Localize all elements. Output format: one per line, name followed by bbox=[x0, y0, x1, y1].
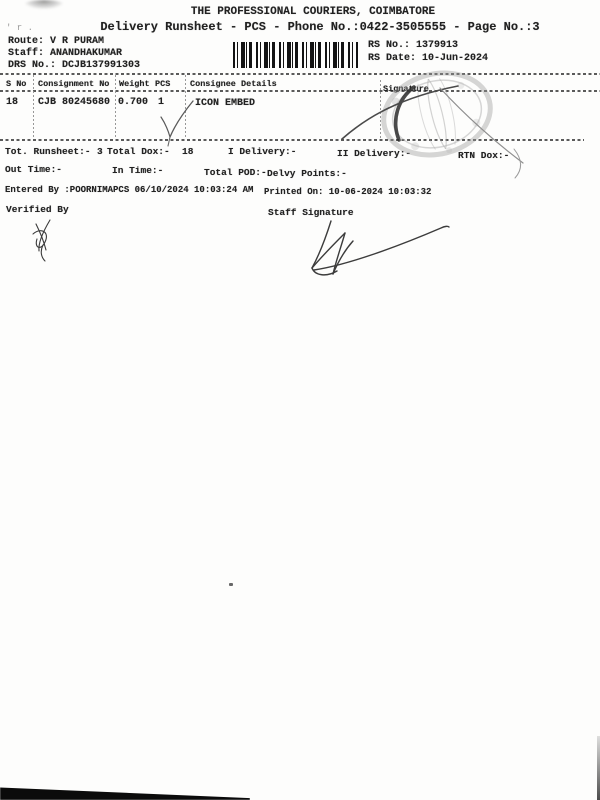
pen-stroke-tail bbox=[514, 149, 521, 178]
rtn-dox-label: RTN Dox:- bbox=[458, 150, 509, 161]
table-bottom-rule bbox=[0, 139, 584, 141]
table-top-rule bbox=[0, 73, 600, 75]
cell-consignment-no: CJB 80245680 bbox=[38, 97, 110, 108]
column-divider bbox=[185, 75, 186, 139]
drs-value: DCJB137991303 bbox=[62, 60, 140, 71]
scan-speck bbox=[229, 583, 233, 586]
total-pod-label: Total POD:- bbox=[204, 167, 267, 178]
route-value: V R PURAM bbox=[50, 36, 104, 47]
document-subtitle: Delivery Runsheet - PCS - Phone No.:0422… bbox=[0, 20, 600, 34]
handwritten-signature bbox=[312, 221, 449, 275]
rs-date-value: 10-Jun-2024 bbox=[422, 53, 488, 64]
cell-weight: 0.700 bbox=[118, 97, 148, 108]
table-header-rule bbox=[0, 90, 600, 92]
col-header-consignee: Consignee Details bbox=[190, 79, 277, 89]
verified-by-label: Verified By bbox=[6, 204, 69, 215]
entered-by-line: Entered By :POORNIMAPCS 06/10/2024 10:03… bbox=[5, 185, 253, 195]
col-header-pcs: PCS bbox=[155, 79, 170, 89]
column-divider bbox=[33, 75, 34, 139]
in-time-label: In Time:- bbox=[112, 165, 163, 176]
ii-delivery-label: II Delivery:- bbox=[337, 148, 411, 159]
printed-on-line: Printed On: 10-06-2024 10:03:32 bbox=[264, 187, 431, 197]
delivery-runsheet-scan: ' r . THE PROFESSIONAL COURIERS, COIMBAT… bbox=[0, 0, 600, 800]
col-header-weight: Weight bbox=[119, 79, 150, 89]
barcode-icon bbox=[233, 42, 358, 68]
staff-signature-label: Staff Signature bbox=[268, 207, 354, 218]
rs-date-label: RS Date: bbox=[368, 53, 416, 64]
col-header-sno: S No bbox=[6, 79, 26, 89]
route-line: Route: V R PURAM bbox=[8, 36, 104, 47]
scan-wedge-bottom bbox=[0, 784, 250, 800]
column-divider bbox=[115, 75, 116, 139]
rs-no-value: 1379913 bbox=[416, 40, 458, 51]
rs-no-label: RS No.: bbox=[368, 40, 410, 51]
tot-runsheet-value: 3 bbox=[97, 146, 103, 157]
drs-line: DRS No.: DCJB137991303 bbox=[8, 60, 140, 71]
cell-sno: 18 bbox=[6, 97, 18, 108]
delvy-points-label: Delvy Points:- bbox=[267, 168, 347, 179]
route-label: Route: bbox=[8, 36, 44, 47]
rs-no-line: RS No.: 1379913 bbox=[368, 40, 458, 51]
col-header-consignment: Consignment No bbox=[38, 79, 109, 89]
staff-label: Staff: bbox=[8, 48, 44, 59]
out-time-label: Out Time:- bbox=[5, 164, 62, 175]
cell-pcs: 1 bbox=[158, 97, 164, 108]
total-dox-label: Total Dox:- bbox=[107, 146, 170, 157]
cell-consignee: ICON EMBED bbox=[195, 98, 255, 109]
col-header-signature: Signature bbox=[383, 84, 429, 94]
staff-value: ANANDHAKUMAR bbox=[50, 48, 122, 59]
staff-line: Staff: ANANDHAKUMAR bbox=[8, 48, 122, 59]
drs-label: DRS No.: bbox=[8, 60, 56, 71]
stamp-ink-stroke bbox=[396, 87, 414, 140]
column-divider bbox=[380, 80, 381, 139]
handwritten-initials bbox=[33, 220, 50, 261]
total-dox-value: 18 bbox=[182, 146, 193, 157]
tot-runsheet-label: Tot. Runsheet:- bbox=[5, 146, 91, 157]
company-title: THE PROFESSIONAL COURIERS, COIMBATORE bbox=[0, 6, 600, 18]
i-delivery-label: I Delivery:- bbox=[228, 146, 296, 157]
rs-date-line: RS Date: 10-Jun-2024 bbox=[368, 53, 488, 64]
